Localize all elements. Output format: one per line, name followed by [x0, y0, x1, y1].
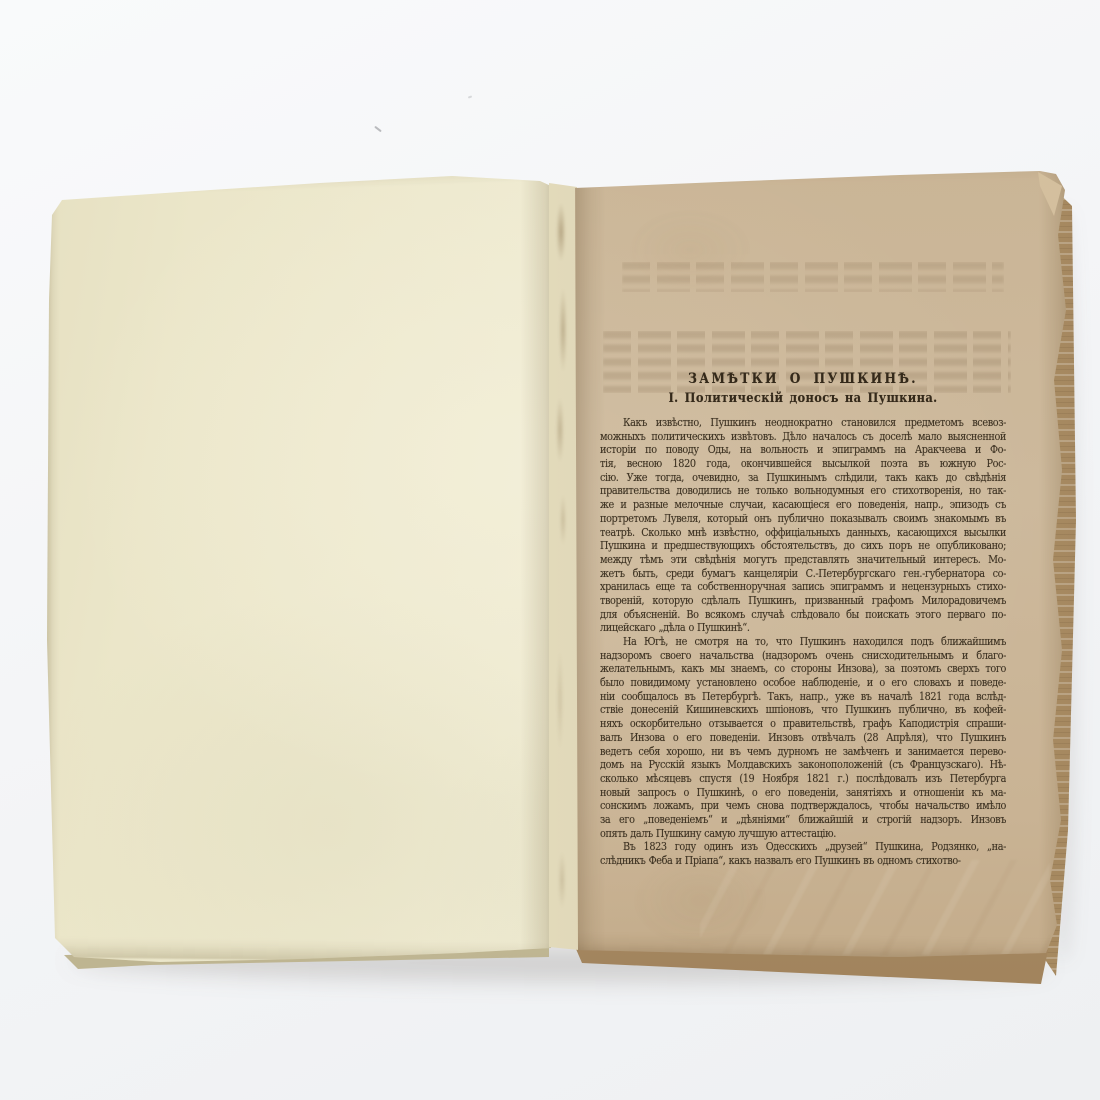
body-text-line: новый запросъ о Пушкинѣ, о его поведеніи…: [600, 786, 1006, 800]
body-text-line: ведетъ себя хорошо, ни въ чемъ дурномъ н…: [600, 745, 1006, 759]
body-text-line: валъ Инзова о его поведеніи. Инзовъ отвѣ…: [600, 731, 1006, 745]
body-text-line: На Югѣ, не смотря на то, что Пушкинъ нах…: [600, 635, 1006, 649]
body-text-line: надзоромъ своего начальства (надзоромъ о…: [600, 649, 1006, 663]
body-text-line: сонскимъ ложамъ, при чемъ снова подтверж…: [600, 799, 1006, 813]
left-page-left-shade: [46, 195, 59, 965]
left-page-top-shade: [39, 163, 560, 206]
left-page-fold-shade: [520, 178, 552, 958]
dust-speck: [468, 95, 472, 98]
body-text-line: ствіе донесеній Кишиневскихъ шпіоновъ, ч…: [600, 703, 1006, 717]
body-text-line: исторіи по поводу Оды, на вольность и эп…: [600, 443, 1006, 457]
body-text-line: хранилась еще та собственноручная запись…: [600, 580, 1006, 594]
body-text-line: лицейскаго „дѣла о Пушкинѣ“.: [600, 621, 1006, 635]
body-text-line: можныхъ политическихъ извѣтовъ. Дѣло нач…: [600, 430, 1006, 444]
body-text-line: для объясненій. Во всякомъ случаѣ слѣдов…: [600, 608, 1006, 622]
body-text-line: няхъ оскорбительно отзывается о правител…: [600, 717, 1006, 731]
body-text-line: Какъ извѣстно, Пушкинъ неоднократно стан…: [600, 416, 1006, 430]
body-text-line: жетъ быть, среди бумагъ канцеляріи С.-Пе…: [600, 567, 1006, 581]
body-text-line: сколько мѣсяцевъ спустя (19 Ноября 1821 …: [600, 772, 1006, 786]
body-text-line: опять далъ Пушкину самую лучшую аттестац…: [600, 827, 1006, 841]
body-text: Какъ извѣстно, Пушкинъ неоднократно стан…: [600, 416, 1006, 868]
body-text-line: твореній, которую сдѣлалъ Пушкинъ, призв…: [600, 594, 1006, 608]
body-text-line: слѣдникъ Феба и Пріапа“, какъ назвалъ ег…: [600, 854, 1006, 868]
body-text-line: между тѣмъ эти свѣдѣнія могутъ представл…: [600, 553, 1006, 567]
body-text-line: за его „поведеніемъ“ и „дѣяніями“ ближай…: [600, 813, 1006, 827]
book-photo: ЗАМѢТКИ О ПУШКИНѢ. I. Политическій донос…: [0, 0, 1100, 1100]
body-text-line: Пушкина и предшествующихъ обстоятельствъ…: [600, 539, 1006, 553]
body-text-line: было повидимому установлено особое наблю…: [600, 676, 1006, 690]
printed-text-block: ЗАМѢТКИ О ПУШКИНѢ. I. Политическій донос…: [600, 371, 1006, 868]
body-text-line: тія, весною 1820 года, окончившейся высы…: [600, 457, 1006, 471]
body-text-line: же и разные мелочные случаи, касающіеся …: [600, 498, 1006, 512]
paper-crease: [700, 860, 1050, 955]
body-text-line: Въ 1823 году одинъ изъ Одесскихъ „друзей…: [600, 840, 1006, 854]
body-text-line: домъ на Русскій языкъ Молдавскихъ законо…: [600, 758, 1006, 772]
body-text-line: театрѣ. Сколько мнѣ извѣстно, оффиціальн…: [600, 526, 1006, 540]
body-text-line: ніи сообщалось въ Петербургѣ. Такъ, напр…: [600, 690, 1006, 704]
section-heading: I. Политическій доносъ на Пушкина.: [600, 392, 1006, 406]
body-text-line: желательнымъ, какъ мы знаемъ, со стороны…: [600, 662, 1006, 676]
body-text-line: портретомъ Лувеля, который онъ публично …: [600, 512, 1006, 526]
body-text-line: правительства доводились не только вольн…: [600, 484, 1006, 498]
body-text-line: сію. Уже тогда, очевидно, за Пушкинымъ с…: [600, 471, 1006, 485]
dust-speck: [374, 126, 382, 133]
bleed-through-text: [622, 262, 1004, 292]
page-title: ЗАМѢТКИ О ПУШКИНѢ.: [600, 371, 1006, 387]
